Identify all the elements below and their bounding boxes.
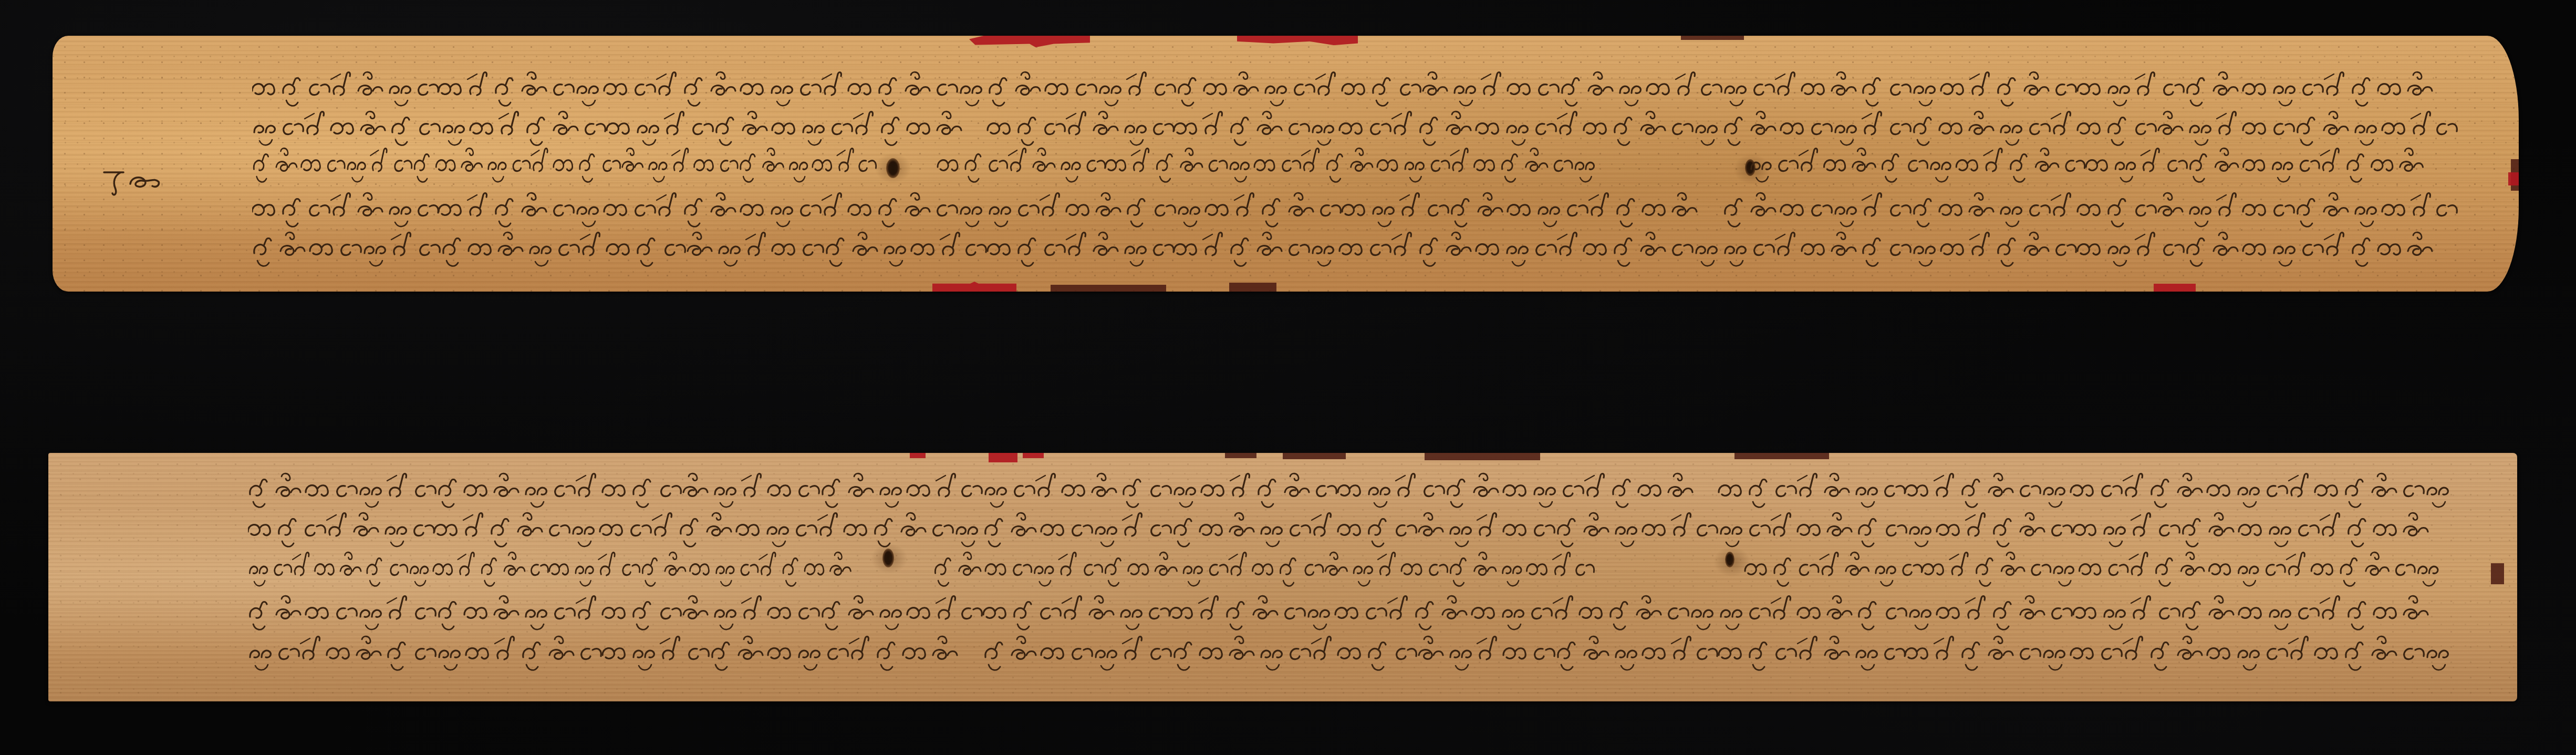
leaf-number-glyph <box>100 168 163 200</box>
script-line-3 <box>248 545 2465 592</box>
dark-edge-marking <box>2491 563 2504 584</box>
script-line-2 <box>248 505 2465 553</box>
palm-leaf-top: ᬓ᭄ᬲ ᬦ᭄ᬬᬧᬵᬳ᭄ᬭᬕ᭄ᬭᬯᬧᬾᬧᬸᬢ᭄ᬓᬾᬥᬶᬭ᭄… ᬯᬓ᭄ᬓᬾᬭ᭄ᬕ᭄ᬮ… <box>53 36 2519 292</box>
script-text-block <box>48 453 2517 701</box>
red-edge-marking <box>1023 453 1044 458</box>
leaf-grain-texture <box>48 453 2517 701</box>
dark-edge-marking <box>2511 159 2519 191</box>
dark-edge-marking <box>1425 453 1540 460</box>
script-line-1 <box>248 466 2465 513</box>
script-line-5 <box>252 225 2458 272</box>
red-edge-marking <box>2154 284 2196 292</box>
script-line-2 <box>252 104 2458 151</box>
dark-edge-marking <box>1229 283 1276 292</box>
red-edge-marking <box>910 453 926 458</box>
dark-edge-marking <box>1225 453 1256 458</box>
string-hole-left <box>882 549 894 567</box>
dark-edge-marking <box>1681 36 1744 40</box>
script-line-4 <box>252 185 2458 233</box>
string-hole-right <box>1745 159 1756 176</box>
script-line-3 <box>252 141 2458 188</box>
string-hole-left <box>886 158 900 178</box>
red-edge-marking <box>969 36 1090 47</box>
dark-edge-marking <box>1051 285 1166 292</box>
red-edge-marking <box>932 282 1016 292</box>
leaf-grain-texture <box>53 36 2519 292</box>
leaf-speckle-texture <box>53 36 2519 292</box>
string-hole-right <box>1725 552 1734 567</box>
script-line-5 <box>248 629 2465 676</box>
script-line-1 <box>252 65 2458 112</box>
dark-edge-marking <box>1734 453 1829 459</box>
script-text-block <box>53 36 2519 292</box>
red-edge-marking <box>2508 172 2519 185</box>
leaf-speckle-texture <box>48 453 2517 701</box>
script-line-4 <box>248 588 2465 636</box>
red-edge-marking <box>989 453 1017 462</box>
red-edge-marking <box>1237 36 1358 45</box>
dark-edge-marking <box>1283 453 1346 459</box>
palm-leaf-bottom: ᬓ᭄ᬤᬶᬲᬾᬦᬢᬸᬵᬓᬾᬦ᭄ᬳᬸᬕ᭄ᬭᬬᬸᬕᬾᬤᬾ… ᬫᬕ᭄ᬭᬾᬢᬳᬵᬓᬾᬭᬤᬸ… <box>48 453 2517 701</box>
